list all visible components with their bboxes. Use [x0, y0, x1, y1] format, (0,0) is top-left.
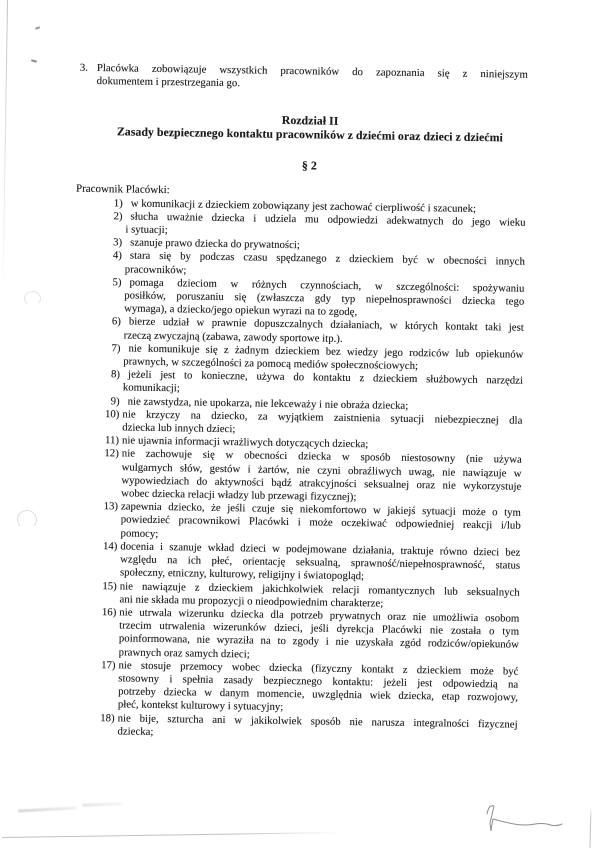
scan-fold-line: [2, 0, 8, 300]
ink-speck: [31, 59, 37, 62]
page-edge-shadow: [589, 806, 591, 848]
item-body: zapewnia dziecko, że jeśli czuje się nie…: [120, 501, 521, 547]
item-number: 15): [90, 579, 119, 606]
document-content: 3. Placówka zobowiązuje wszystkich praco…: [67, 62, 528, 745]
faint-arc-mark: [24, 291, 41, 306]
paragraph-body: Placówka zobowiązuje wszystkich pracowni…: [97, 62, 528, 95]
paragraph-number: 3.: [80, 62, 97, 89]
item-number: 5): [95, 276, 125, 316]
item-number: 9): [94, 395, 123, 409]
item-body: docenia i szanuje wkład dzieci w podejmo…: [120, 540, 521, 586]
item-number: 4): [96, 249, 125, 276]
page-sheet: 3. Placówka zobowiązuje wszystkich praco…: [0, 0, 600, 848]
item-number: 11): [93, 434, 122, 448]
list-item: 16)nie utrwala wizerunku dziecka dla pot…: [90, 606, 520, 666]
scan-smudge: [18, 806, 76, 812]
item-body: nie stosuje przemocy wobec dziecka (fizy…: [118, 659, 519, 718]
scan-smudge: [82, 802, 124, 806]
item-number: 13): [91, 500, 121, 540]
list-item: 5)pomaga dzieciom w różnych czynnościach…: [95, 276, 525, 322]
item-number: 8): [94, 368, 123, 395]
intro-paragraph: 3. Placówka zobowiązuje wszystkich praco…: [80, 62, 528, 95]
item-body: nie zachowuje się w obecności dziecka w …: [121, 448, 522, 507]
handwritten-signature: [478, 798, 578, 838]
list-item: 17)nie stosuje przemocy wobec dziecka (f…: [89, 659, 519, 719]
item-number: 10): [93, 408, 122, 435]
ink-speck: [35, 26, 40, 29]
numbered-list: 1)w komunikacji z dzieckiem zobowiązany …: [88, 197, 525, 745]
item-number: 7): [94, 342, 123, 369]
faint-arc-mark: [17, 510, 37, 529]
item-number: 16): [90, 606, 120, 659]
item-number: 1): [97, 197, 126, 211]
list-item: 13)zapewnia dziecko, że jeśli czuje się …: [91, 500, 521, 546]
headings-block: Rozdział II Zasady bezpiecznego kontaktu…: [76, 110, 527, 176]
list-item: 14)docenia i szanuje wkład dzieci w pode…: [91, 540, 521, 586]
item-number: 6): [95, 315, 124, 342]
page-edge-shadow: [2, 832, 338, 838]
item-body: pomaga dzieciom w różnych czynnościach, …: [124, 276, 525, 322]
item-number: 2): [96, 210, 125, 237]
item-number: 17): [89, 659, 119, 712]
scanned-document: { "page": { "intro_item": { "number": "3…: [0, 0, 600, 848]
list-item: 12)nie zachowuje się w obecności dziecka…: [92, 447, 522, 507]
item-number: 18): [88, 711, 117, 738]
item-body: nie utrwala wizerunku dziecka dla potrze…: [119, 606, 520, 665]
item-number: 12): [92, 447, 122, 500]
item-number: 14): [91, 540, 121, 580]
item-number: 3): [96, 236, 125, 250]
list-item: 18)nie bije, szturcha ani w jakikolwiek …: [88, 711, 517, 744]
item-body: nie bije, szturcha ani w jakikolwiek spo…: [117, 712, 517, 745]
section-heading: § 2: [92, 155, 526, 176]
